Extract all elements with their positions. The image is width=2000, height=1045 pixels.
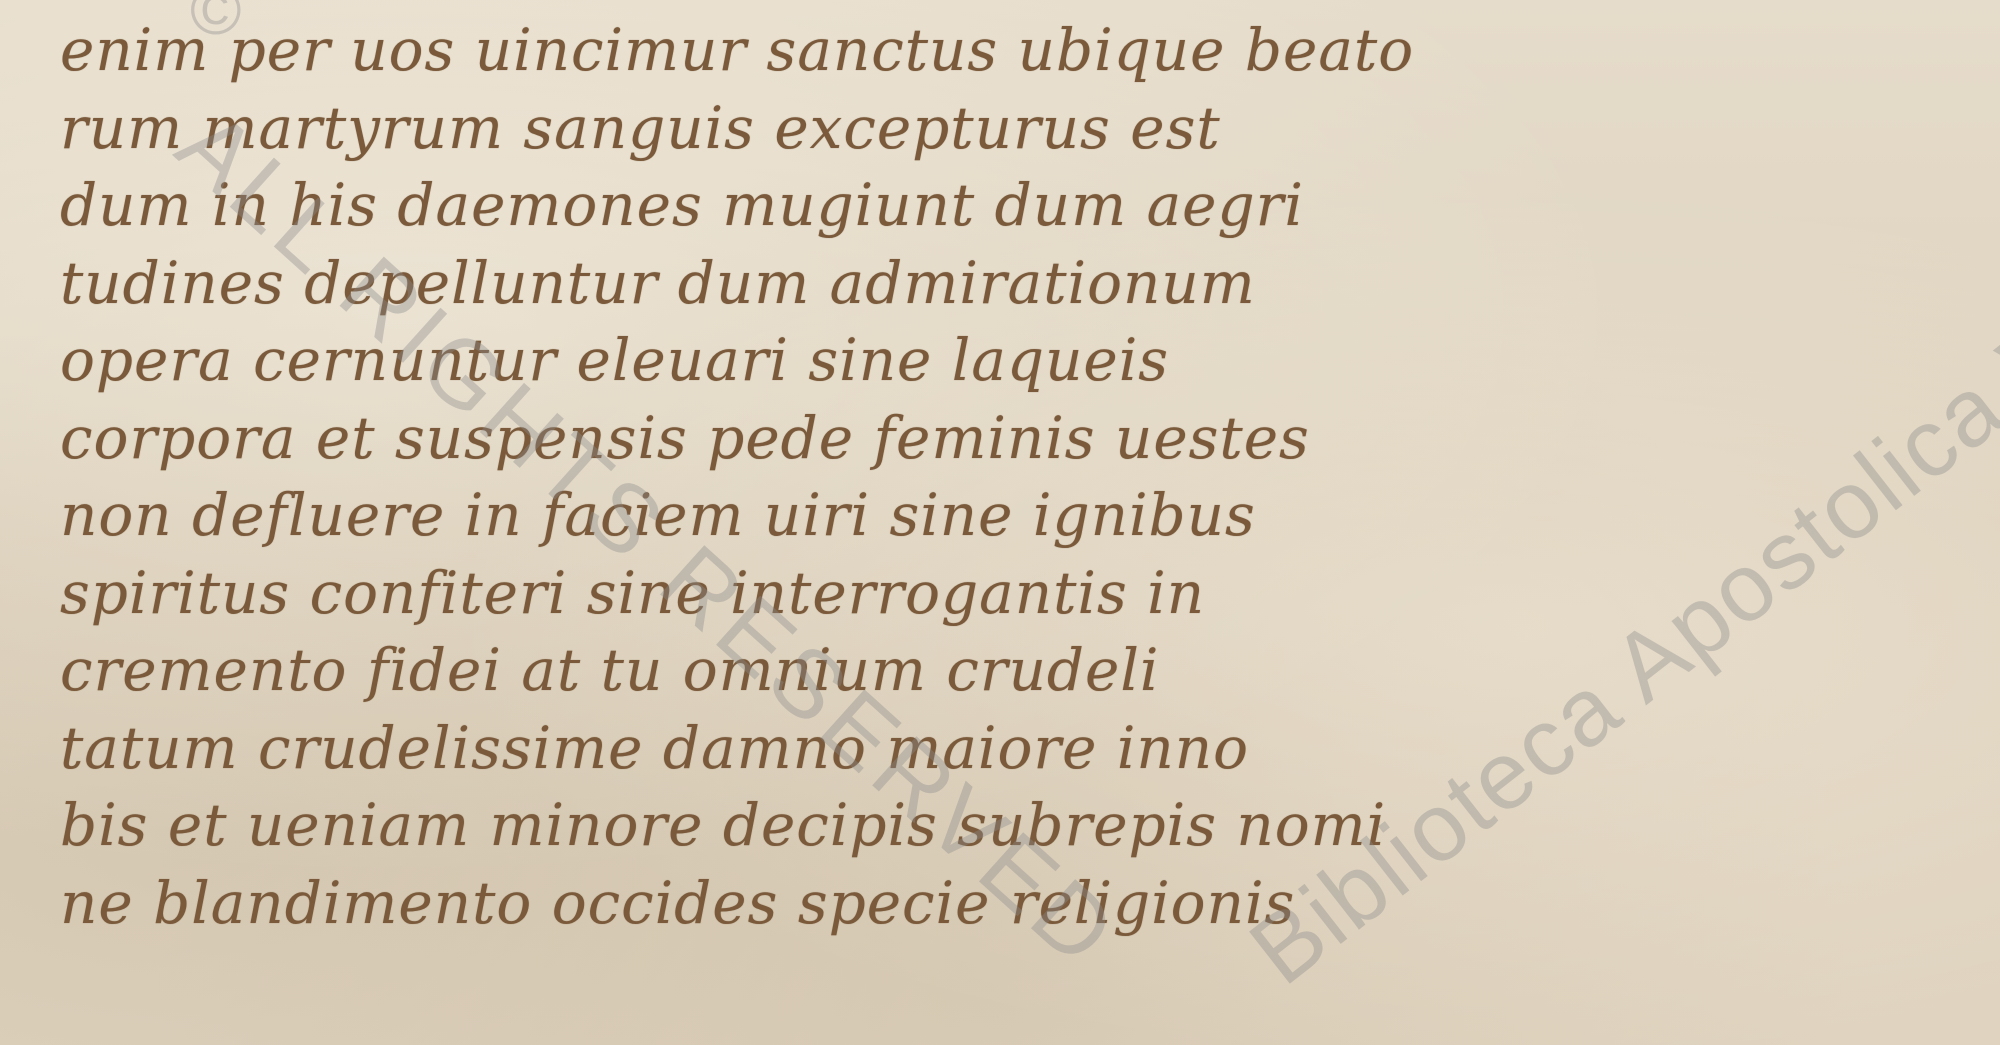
manuscript-line-2: rum martyrum sanguis excepturus est bbox=[60, 90, 1940, 168]
manuscript-line-1: enim per uos uincimur sanctus ubique bea… bbox=[60, 12, 1940, 90]
manuscript-line-6: corpora et suspensis pede feminis uestes bbox=[60, 400, 1940, 478]
manuscript-line-4: tudines depelluntur dum admirationum bbox=[60, 245, 1940, 323]
manuscript-text-block: enim per uos uincimur sanctus ubique bea… bbox=[60, 12, 1940, 942]
manuscript-line-10: tatum crudelissime damno maiore inno bbox=[60, 710, 1940, 788]
manuscript-line-9: cremento fidei at tu omnium crudeli bbox=[60, 632, 1940, 710]
manuscript-line-11: bis et ueniam minore decipis subrepis no… bbox=[60, 787, 1940, 865]
manuscript-line-12: ne blandimento occides specie religionis bbox=[60, 865, 1940, 943]
manuscript-line-5: opera cernuntur eleuari sine laqueis bbox=[60, 322, 1940, 400]
manuscript-line-7: non defluere in faciem uiri sine ignibus bbox=[60, 477, 1940, 555]
manuscript-line-8: spiritus confiteri sine interrogantis in bbox=[60, 555, 1940, 633]
manuscript-line-3: dum in his daemones mugiunt dum aegri bbox=[60, 167, 1940, 245]
